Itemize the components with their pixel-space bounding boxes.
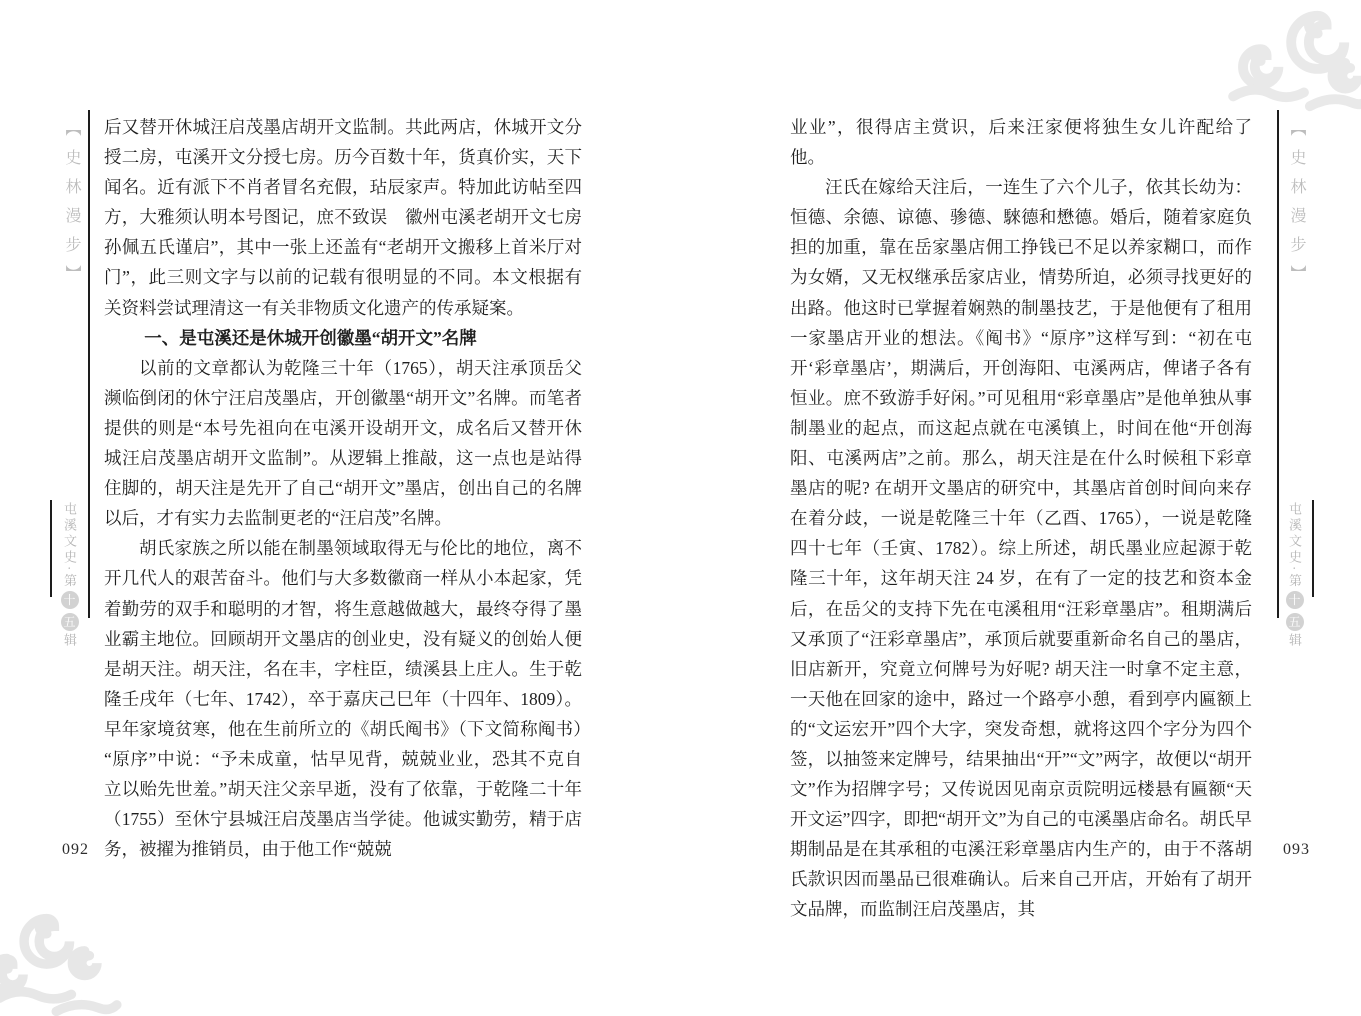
section-heading: 一、是屯溪还是休城开创徽墨“胡开文”名牌 — [104, 323, 582, 353]
paragraph: 汪氏在嫁给天注后，一连生了六个儿子，依其长幼为：恒德、余德、谅德、骖德、騋德和懋… — [790, 172, 1252, 924]
series-badge-five: 五 — [61, 613, 79, 631]
left-page-number: 092 — [62, 841, 89, 859]
left-series-rule — [50, 500, 52, 597]
series-prefix: 屯溪文史·第 — [1285, 502, 1304, 589]
series-suffix: 辑 — [60, 633, 79, 649]
right-series-label: 屯溪文史·第 十 五 辑 — [1285, 502, 1304, 662]
left-page-text-column: 后又替开休城汪启茂墨店胡开文监制。共此两店，休城开文分授二房，屯溪开文分授七房。… — [104, 112, 582, 864]
paragraph: 胡氏家族之所以能在制墨领域取得无与伦比的地位，离不开几代人的艰苦奋斗。他们与大多… — [104, 533, 582, 864]
right-series-rule — [1312, 500, 1314, 597]
series-suffix: 辑 — [1285, 633, 1304, 649]
paragraph: 以前的文章都认为乾隆三十年（1765），胡天注承顶岳父濒临倒闭的休宁汪启茂墨店，… — [104, 353, 582, 534]
series-badge-ten: 十 — [61, 591, 79, 609]
left-margin-rule — [88, 110, 90, 618]
series-badge-five: 五 — [1286, 613, 1304, 631]
left-series-label: 屯溪文史·第 十 五 辑 — [60, 502, 79, 662]
paragraph: 后又替开休城汪启茂墨店胡开文监制。共此两店，休城开文分授二房，屯溪开文分授七房。… — [104, 112, 582, 323]
right-column-label: 【史林漫步】 — [1285, 120, 1308, 360]
series-badge-ten: 十 — [1286, 591, 1304, 609]
right-page-text-column: 业业”，很得店主赏识，后来汪家便将独生女儿许配给了他。 汪氏在嫁给天注后，一连生… — [790, 112, 1252, 925]
auspicious-cloud-motif-icon — [1227, 2, 1361, 120]
paragraph: 业业”，很得店主赏识，后来汪家便将独生女儿许配给了他。 — [790, 112, 1252, 172]
auspicious-cloud-motif-icon — [0, 908, 132, 1016]
book-spread: { "colors": { "ink": "#1f1f1f", "margin_… — [0, 0, 1361, 1016]
series-prefix: 屯溪文史·第 — [60, 502, 79, 589]
left-column-label: 【史林漫步】 — [60, 120, 83, 360]
right-page-number: 093 — [1283, 841, 1310, 859]
right-margin-rule — [1277, 110, 1279, 618]
